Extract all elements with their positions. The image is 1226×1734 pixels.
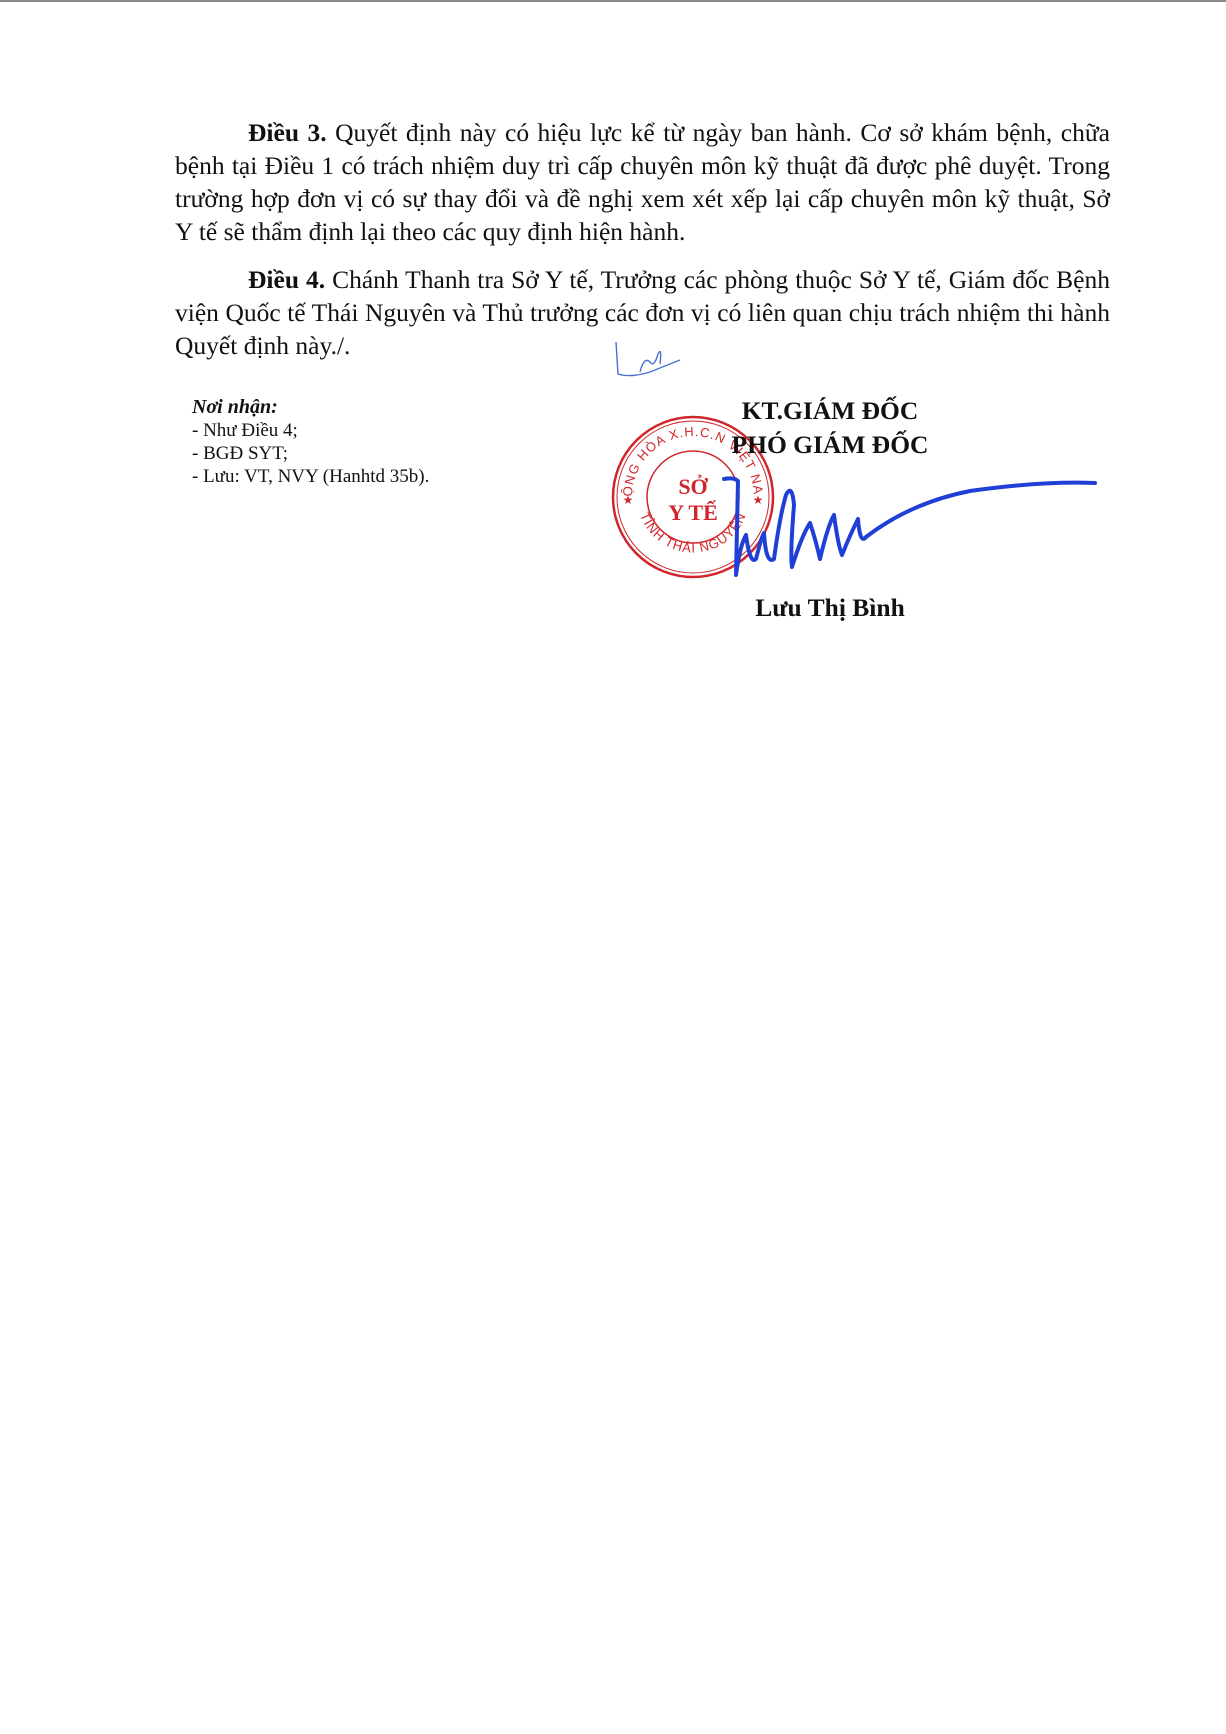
recipient-item: - Lưu: VT, NVY (Hanhtd 35b). (192, 465, 429, 488)
svg-text:★: ★ (623, 493, 634, 507)
signature-title-line2: PHÓ GIÁM ĐỐC (640, 428, 1020, 462)
recipient-item: - Như Điều 4; (192, 419, 429, 442)
document-page: Điều 3. Quyết định này có hiệu lực kể từ… (0, 0, 1226, 1734)
seal-center-line2: Y TẾ (668, 500, 718, 525)
initials-mark-icon (610, 336, 690, 386)
handwritten-signature-icon (720, 475, 1100, 585)
signer-name: Lưu Thị Bình (640, 593, 1020, 623)
article-3: Điều 3. Quyết định này có hiệu lực kể từ… (175, 116, 1110, 248)
signature-title-line1: KT.GIÁM ĐỐC (640, 394, 1020, 428)
seal-center-line1: SỞ (678, 474, 708, 499)
signature-title-block: KT.GIÁM ĐỐC PHÓ GIÁM ĐỐC (640, 394, 1020, 462)
recipients-title: Nơi nhận: (192, 396, 429, 419)
article-4-label: Điều 4. (248, 265, 325, 294)
recipient-item: - BGĐ SYT; (192, 442, 429, 465)
recipients-block: Nơi nhận: - Như Điều 4; - BGĐ SYT; - Lưu… (192, 396, 429, 488)
article-3-label: Điều 3. (248, 118, 327, 147)
